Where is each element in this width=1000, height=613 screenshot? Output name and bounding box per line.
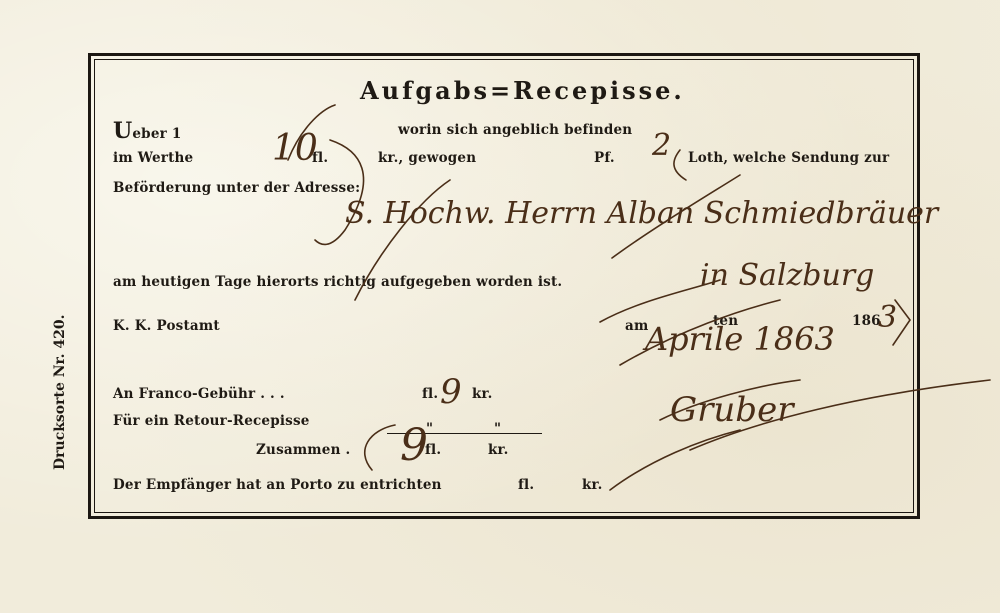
worin-label: worin sich angeblich befinden	[398, 122, 632, 138]
handwritten-address-line1: S. Hochw. Herrn Alban Schmiedbräuer	[345, 196, 938, 231]
ueber-label: Ueber 1	[113, 118, 181, 144]
address-label: Beförderung unter der Adresse:	[113, 180, 360, 196]
empfaenger-kr-unit: kr.	[582, 477, 603, 493]
form-number-label: Drucksorte Nr. 420.	[52, 315, 68, 471]
zusammen-kr-unit: kr.	[488, 442, 509, 458]
handwritten-year-suffix: 3	[878, 300, 897, 335]
handwritten-weight: 2	[652, 128, 671, 163]
handwritten-value: 10	[272, 128, 318, 169]
aufgegeben-statement: am heutigen Tage hierorts richtig aufgeg…	[113, 274, 562, 290]
document-title: Aufgabs=Recepisse.	[360, 76, 685, 105]
handwritten-total-amount: 9	[400, 420, 428, 471]
empfaenger-fl-unit: fl.	[518, 477, 534, 493]
franco-label: An Franco-Gebühr . . .	[113, 386, 285, 402]
handwritten-signature: Gruber	[670, 390, 793, 430]
empfaenger-label: Der Empfänger hat an Porto zu entrichten	[113, 477, 442, 493]
handwritten-franco-amount: 9	[440, 372, 462, 412]
loth-label: Loth, welche Sendung zur	[688, 150, 889, 166]
ueber-rest: eber 1	[132, 126, 181, 142]
year-prefix: 186	[852, 313, 881, 329]
ditto-mark-kr: "	[494, 421, 501, 437]
werthe-label: im Werthe	[113, 150, 193, 166]
ueber-initial: U	[113, 118, 132, 144]
franco-kr-unit: kr.	[472, 386, 493, 402]
franco-fl-unit: fl.	[422, 386, 438, 402]
handwritten-address-line2: in Salzburg	[700, 258, 874, 293]
pfund-unit: Pf.	[594, 150, 615, 166]
gewogen-label: kr., gewogen	[378, 150, 476, 166]
retour-label: Für ein Retour-Recepisse	[113, 413, 310, 429]
postamt-label: K. K. Postamt	[113, 318, 220, 334]
handwritten-date: Aprile 1863	[645, 320, 835, 358]
zusammen-label: Zusammen .	[256, 442, 350, 458]
